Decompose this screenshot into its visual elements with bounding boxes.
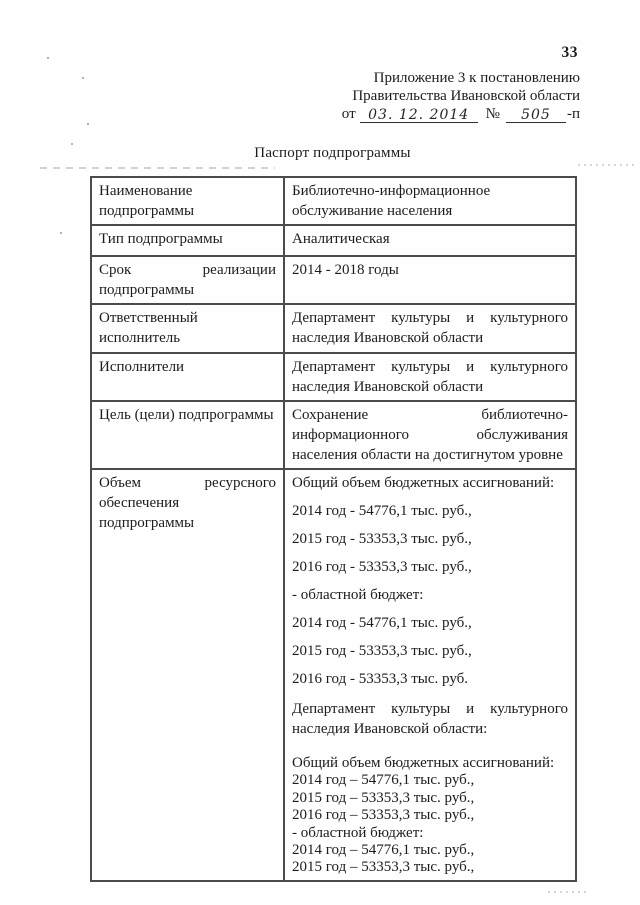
header-line-2: Правительства Ивановской области bbox=[342, 88, 580, 106]
row-label: Объем ресурсного обеспечения подпрограмм… bbox=[91, 469, 284, 881]
date-blank: 03. 12. 2014 bbox=[360, 107, 478, 123]
row-label: Исполнители bbox=[91, 353, 284, 401]
table-row: Объем ресурсного обеспечения подпрограмм… bbox=[91, 469, 576, 881]
table-row: Наименование подпрограммы Библиотечно-ин… bbox=[91, 177, 576, 225]
funding-line: 2016 год – 53353,3 тыс. руб., bbox=[292, 807, 568, 824]
funding-line: 2016 год - 53353,3 тыс. руб., bbox=[292, 557, 568, 577]
row-value: 2014 - 2018 годы bbox=[284, 256, 576, 304]
scan-artifact bbox=[47, 57, 49, 59]
document-title: Паспорт подпрограммы bbox=[90, 145, 575, 162]
funding-line: 2014 год – 54776,1 тыс. руб., bbox=[292, 842, 568, 859]
funding-line: 2015 год – 53353,3 тыс. руб., bbox=[292, 790, 568, 807]
from-label: от bbox=[342, 106, 356, 122]
funding-line: 2014 год - 54776,1 тыс. руб., bbox=[292, 613, 568, 633]
handwritten-date: 03. 12. 2014 bbox=[368, 107, 469, 123]
funding-department-note: Департамент культуры и культурного насле… bbox=[292, 699, 568, 739]
number-blank: 505 bbox=[506, 107, 566, 123]
number-sign: № bbox=[486, 106, 500, 122]
funding-regional-heading: - областной бюджет: bbox=[292, 825, 568, 842]
header-block: Приложение 3 к постановлению Правительст… bbox=[342, 70, 580, 124]
funding-line: 2015 год – 53353,3 тыс. руб., bbox=[292, 859, 568, 876]
document-page: 33 Приложение 3 к постановлению Правител… bbox=[0, 0, 640, 905]
number-suffix: -п bbox=[567, 106, 580, 122]
table-row: Срок реализации подпрограммы 2014 - 2018… bbox=[91, 256, 576, 304]
scan-artifact bbox=[71, 143, 73, 145]
table-row: Исполнители Департамент культуры и культ… bbox=[91, 353, 576, 401]
row-label: Срок реализации подпрограммы bbox=[91, 256, 284, 304]
row-label: Ответственный исполнитель bbox=[91, 304, 284, 353]
funding-total-heading: Общий объем бюджетных ассигнований: bbox=[292, 755, 568, 772]
table-row: Тип подпрограммы Аналитическая bbox=[91, 225, 576, 256]
header-line-1: Приложение 3 к постановлению bbox=[342, 70, 580, 88]
passport-table: Наименование подпрограммы Библиотечно-ин… bbox=[90, 176, 577, 882]
row-value: Департамент культуры и культурного насле… bbox=[284, 304, 576, 353]
scan-artifact bbox=[548, 891, 590, 893]
row-value-funding: Общий объем бюджетных ассигнований: 2014… bbox=[284, 469, 576, 881]
row-label: Тип подпрограммы bbox=[91, 225, 284, 256]
scan-artifact bbox=[578, 164, 636, 166]
scan-artifact bbox=[60, 232, 62, 234]
funding-line: 2015 год - 53353,3 тыс. руб., bbox=[292, 529, 568, 549]
row-label: Цель (цели) подпрограммы bbox=[91, 401, 284, 469]
funding-line: 2014 год – 54776,1 тыс. руб., bbox=[292, 772, 568, 789]
department-funding-block: Общий объем бюджетных ассигнований: 2014… bbox=[292, 755, 568, 877]
funding-line: 2015 год - 53353,3 тыс. руб., bbox=[292, 641, 568, 661]
table-row: Цель (цели) подпрограммы Сохранение библ… bbox=[91, 401, 576, 469]
row-value: Аналитическая bbox=[284, 225, 576, 256]
funding-line: 2016 год - 53353,3 тыс. руб. bbox=[292, 669, 568, 689]
funding-regional-heading: - областной бюджет: bbox=[292, 585, 568, 605]
row-value: Сохранение библиотечно-информационного о… bbox=[284, 401, 576, 469]
header-date-line: от03. 12. 2014№505-п bbox=[342, 106, 580, 124]
scan-artifact bbox=[40, 167, 275, 169]
handwritten-number: 505 bbox=[521, 107, 551, 123]
row-label: Наименование подпрограммы bbox=[91, 177, 284, 225]
row-value: Библиотечно-информационное обслуживание … bbox=[284, 177, 576, 225]
scan-artifact bbox=[87, 123, 89, 125]
row-value: Департамент культуры и культурного насле… bbox=[284, 353, 576, 401]
table-row: Ответственный исполнитель Департамент ку… bbox=[91, 304, 576, 353]
funding-line: 2014 год - 54776,1 тыс. руб., bbox=[292, 501, 568, 521]
funding-total-heading: Общий объем бюджетных ассигнований: bbox=[292, 473, 568, 493]
scan-artifact bbox=[82, 77, 84, 79]
page-number: 33 bbox=[562, 44, 579, 62]
